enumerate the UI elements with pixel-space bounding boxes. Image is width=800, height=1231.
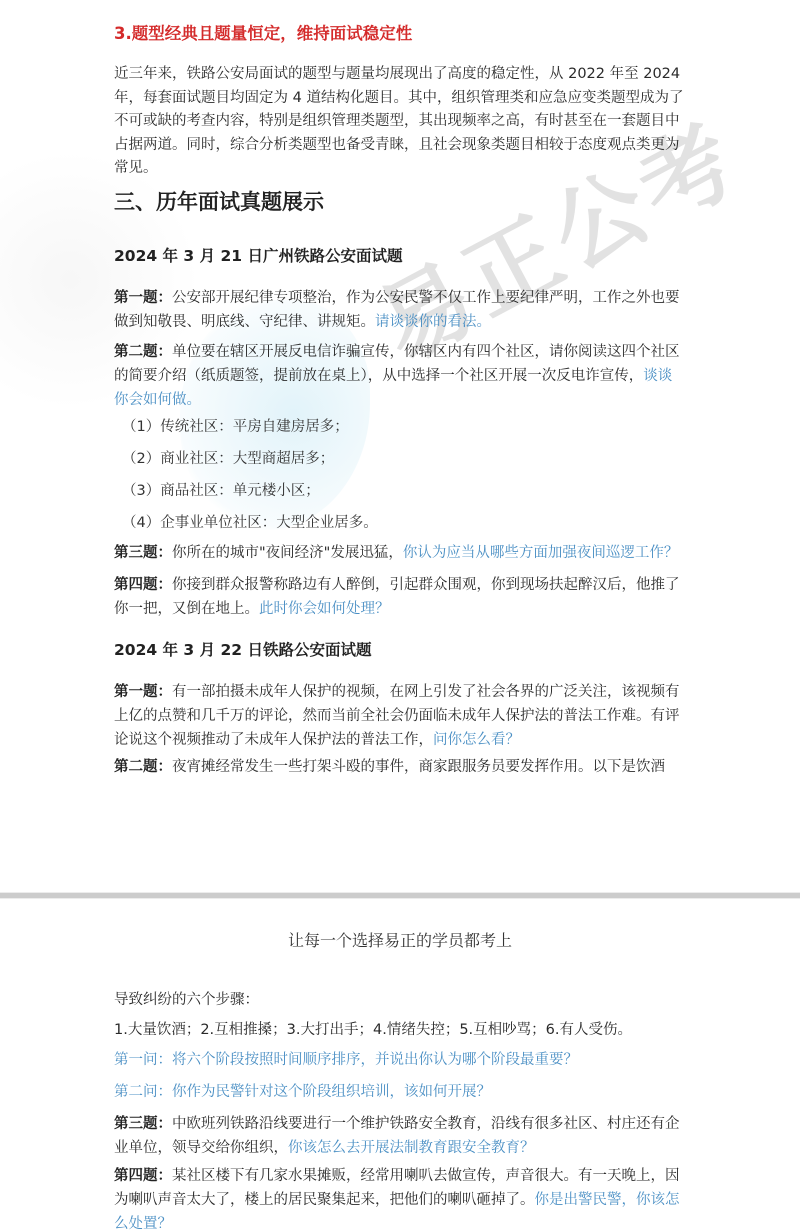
exam2-question-2: 第二题：夜宵摊经常发生一些打架斗殴的事件，商家跟服务员要发挥作用。以下是饮酒 bbox=[114, 755, 686, 779]
sub-question-1: 第一问：将六个阶段按照时间顺序排序，并说出你认为哪个阶段最重要？ bbox=[114, 1048, 686, 1072]
community-item: （4）企事业单位社区：大型企业居多。 bbox=[122, 511, 378, 532]
community-item: （2）商业社区：大型商超居多； bbox=[122, 447, 334, 468]
intro-paragraph: 近三年来，铁路公安局面试的题型与题量均展现出了高度的稳定性，从 2022 年至 … bbox=[114, 63, 686, 181]
exam1-question-1: 第一题：公安部开展纪律专项整治，作为公安民警不仅工作上要纪律严明，工作之外也要做… bbox=[114, 286, 686, 334]
exam-title-0321: 2024 年 3 月 21 日广州铁路公安面试题 bbox=[114, 244, 686, 266]
question-label: 第四题： bbox=[114, 577, 172, 593]
exam2-question-4: 第四题：某社区楼下有几家水果摊贩，经常用喇叭去做宣传，声音很大。有一天晚上，因为… bbox=[114, 1164, 686, 1231]
exam2-question-1: 第一题：有一部拍摄未成年人保护的视频，在网上引发了社会各界的广泛关注，该视频有上… bbox=[114, 680, 686, 752]
article-page: 易正公考 3.题型经典且题量恒定，维持面试稳定性 近三年来，铁路公安局面试的题型… bbox=[0, 0, 800, 1231]
question-label: 第三题： bbox=[114, 545, 172, 561]
question-label: 第四题： bbox=[114, 1168, 172, 1184]
exam1-question-4: 第四题：你接到群众报警称路边有人醉倒，引起群众围观，你到现场扶起醉汉后，他推了你… bbox=[114, 573, 686, 621]
question-label: 第三题： bbox=[114, 1116, 172, 1132]
steps-title: 导致纠纷的六个步骤： bbox=[114, 988, 686, 1012]
steps-list: 1.大量饮酒；2.互相推搡；3.大打出手；4.情绪失控；5.互相吵骂；6.有人受… bbox=[114, 1018, 686, 1042]
question-text: 你接到群众报警称路边有人醉倒，引起群众围观，你到现场扶起醉汉后，他推了你一把，又… bbox=[114, 577, 680, 617]
question-ask: 你该怎么去开展法制教育跟安全教育？ bbox=[288, 1140, 535, 1156]
exam2-question-3: 第三题：中欧班列铁路沿线要进行一个维护铁路安全教育，沿线有很多社区、村庄还有企业… bbox=[114, 1112, 686, 1160]
question-text: 有一部拍摄未成年人保护的视频，在网上引发了社会各界的广泛关注，该视频有上亿的点赞… bbox=[114, 684, 680, 748]
question-ask: 请谈谈你的看法。 bbox=[375, 314, 491, 330]
subsection-heading: 3.题型经典且题量恒定，维持面试稳定性 bbox=[114, 20, 686, 44]
question-text: 单位要在辖区开展反电信诈骗宣传，你辖区内有四个社区，请你阅读这四个社区的简要介绍… bbox=[114, 344, 680, 384]
question-label: 第二题： bbox=[114, 759, 172, 775]
question-text: 夜宵摊经常发生一些打架斗殴的事件，商家跟服务员要发挥作用。以下是饮酒 bbox=[172, 759, 665, 775]
question-label: 第一题： bbox=[114, 290, 172, 306]
exam1-question-2: 第二题：单位要在辖区开展反电信诈骗宣传，你辖区内有四个社区，请你阅读这四个社区的… bbox=[114, 340, 686, 412]
question-ask: 问你怎么看？ bbox=[433, 732, 520, 748]
sub-question-2: 第二问：你作为民警针对这个阶段组织培训，该如何开展？ bbox=[114, 1080, 686, 1104]
exam1-question-3: 第三题：你所在的城市"夜间经济"发展迅猛，你认为应当从哪些方面加强夜间巡逻工作？ bbox=[114, 541, 686, 565]
section-title: 三、历年面试真题展示 bbox=[114, 186, 686, 216]
slogan: 让每一个选择易正的学员都考上 bbox=[0, 928, 800, 951]
community-item: （1）传统社区：平房自建房居多； bbox=[122, 415, 349, 436]
community-item: （3）商品社区：单元楼小区； bbox=[122, 479, 320, 500]
page-divider bbox=[0, 892, 800, 899]
question-text: 你所在的城市"夜间经济"发展迅猛， bbox=[172, 545, 403, 561]
exam-title-0322: 2024 年 3 月 22 日铁路公安面试题 bbox=[114, 638, 686, 660]
question-ask: 此时你会如何处理？ bbox=[259, 601, 390, 617]
question-ask: 你认为应当从哪些方面加强夜间巡逻工作？ bbox=[403, 545, 679, 561]
question-label: 第一题： bbox=[114, 684, 172, 700]
question-label: 第二题： bbox=[114, 344, 172, 360]
